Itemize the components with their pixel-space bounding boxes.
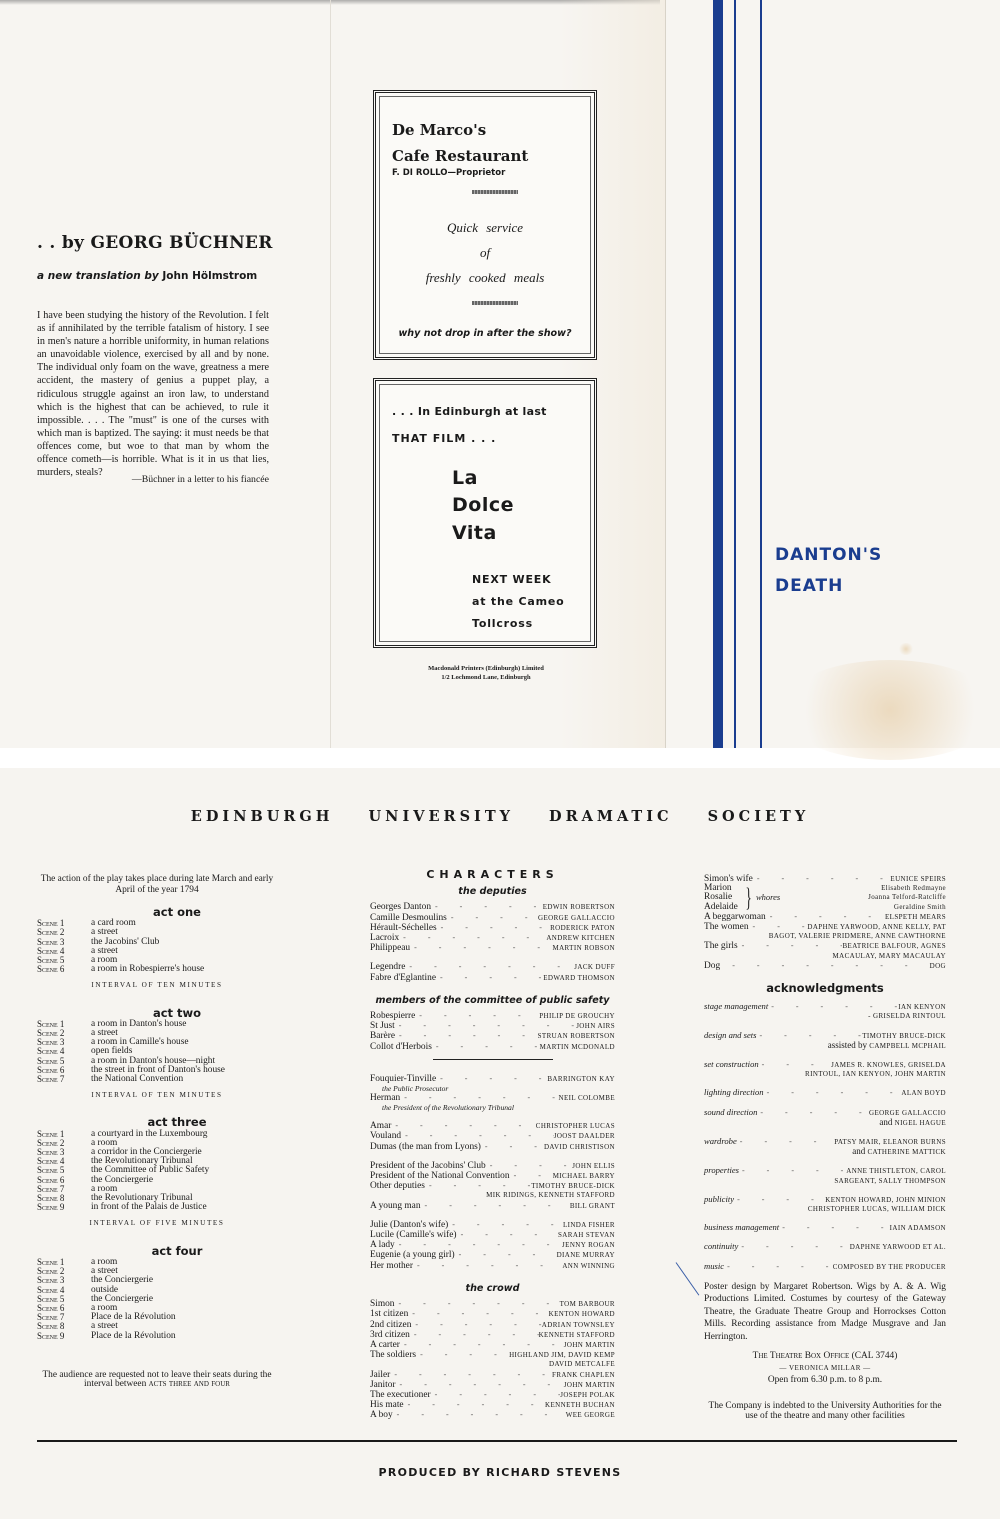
acknowledgment-row: publicity- - - - - -Kenton Howard, John … [704, 1195, 946, 1205]
cast-row: Her mother- - - - - - - -Ann Winning [370, 1261, 615, 1271]
scene-place: the Conciergerie [91, 1176, 277, 1185]
scene-place: a room [91, 1258, 277, 1267]
group-title: the crowd [370, 1284, 615, 1293]
actor-name: Struan Robertson [538, 1032, 615, 1041]
cast-row: Simon's wife - - - - - - Eunice Speirs [704, 874, 946, 884]
actor-name: Wee George [566, 1411, 615, 1420]
film-teaser-line1: . . . In Edinburgh at last [392, 405, 547, 418]
cast-row: A lady- - - - - - - -Jenny Rogan [370, 1240, 615, 1250]
ack-person: Campbell McPhail [869, 1042, 946, 1050]
acknowledgment-row: properties- - - - - -Anne Thistleton, Ca… [704, 1166, 946, 1176]
leader-dashes: - - - - - - - - [399, 933, 546, 942]
cast-row: Lucile (Camille's wife)- - - - - - - -Sa… [370, 1230, 615, 1240]
leader-dashes: - - - - - - - - [436, 973, 543, 982]
translation-credit: a new translation by John Hölmstrom [37, 270, 257, 282]
actor-name: Sarah Stevan [558, 1231, 615, 1240]
cover-title-line2: DEATH [775, 571, 882, 602]
whores-role-names: MarionRosalieAdelaide [704, 884, 742, 912]
indebted-note: The Company is indebted to the Universit… [704, 1402, 946, 1421]
actor-name: David Christison [544, 1143, 615, 1152]
role-name: The girls [704, 942, 738, 951]
acknowledgment-row: lighting direction- - - - - -Alan Boyd [704, 1088, 946, 1098]
box-office-name: The Theatre Box Office (CAL 3744) [704, 1350, 946, 1362]
cast-row: 2nd citizen- - - - - - - -Adrian Townsle… [370, 1320, 615, 1330]
acknowledgment-row: continuity- - - - - -Daphne Yarwood et a… [704, 1242, 946, 1252]
scene-row: Scene 9in front of the Palais de Justice [37, 1203, 277, 1212]
role-name: Fabre d'Eglantine [370, 974, 436, 983]
actor-name: Philip de Grouchy [539, 1012, 615, 1021]
slogan-line2: of [376, 245, 594, 261]
scene-place: a room in Robespierre's house [91, 965, 277, 974]
scene-row: Scene 1a card room [37, 919, 277, 928]
cast-row: Julie (Danton's wife)- - - - - - - -Lind… [370, 1220, 615, 1230]
role-name: Camille Desmoulins [370, 914, 447, 923]
role-name: A young man [370, 1202, 421, 1211]
leader-dashes: - - - - - - - - [404, 1400, 545, 1409]
leader-dashes: - - - - - - - - [437, 923, 550, 932]
ack-task: music [704, 1262, 724, 1271]
actor-name-continued: Macaulay, Mary Macaulay [704, 952, 946, 961]
scene-number: Scene 6 [37, 965, 91, 974]
ack-person: Nigel Hague [895, 1119, 946, 1127]
leader-dashes: - - - - - - - - [410, 943, 552, 952]
scene-row: Scene 5the Conciergerie [37, 1295, 277, 1304]
leader-dashes: - - - - - - [768, 1002, 898, 1011]
leader-dashes: - - - - - - - - [431, 1390, 561, 1399]
leader-dashes: - - - - - - - - [447, 913, 538, 922]
acknowledgment-row: set construction- - - - - -James R. Know… [704, 1060, 946, 1070]
actor-name: George Gallaccio [538, 914, 615, 923]
role-name: Other deputies [370, 1182, 425, 1191]
box-office-hours: Open from 6.30 p.m. to 8 p.m. [704, 1374, 946, 1386]
role-name: Dumas (the man from Lyons) [370, 1143, 481, 1152]
actor-name: Barrington Kay [547, 1075, 615, 1084]
scene-row: Scene 1a courtyard in the Luxembourg [37, 1130, 277, 1139]
scene-row: Scene 5the Committee of Public Safety [37, 1166, 277, 1175]
actor-name: Highland Jim, David Kemp [509, 1351, 615, 1360]
cast-and-credits-column: Simon's wife - - - - - - Eunice Speirs M… [704, 874, 946, 1421]
ack-task: sound direction [704, 1108, 757, 1117]
ack-person: Christopher Lucas, William Dick [808, 1205, 946, 1213]
interval-note: INTERVAL OF FIVE MINUTES [37, 1219, 277, 1228]
cast-row: His mate- - - - - - - -Kenneth Buchan [370, 1400, 615, 1410]
acknowledgment-item: stage management- - - - - -Ian Kenyon- G… [704, 1002, 946, 1021]
actor-name: John Airs [576, 1022, 615, 1031]
cast-row: Hérault-Séchelles- - - - - - - -Roderick… [370, 923, 615, 933]
actor-name: Jenny Rogan [562, 1241, 615, 1250]
leader-dashes: - - - - - - - - [432, 1042, 540, 1051]
leader-dashes: - - - - - - - - [436, 1074, 547, 1083]
actor-name-continued: David Metcalfe [370, 1360, 615, 1369]
leader-dashes: - - - - - - - - [405, 962, 574, 971]
scenes-column: The action of the play takes place durin… [37, 874, 277, 1390]
acknowledgments-heading: acknowledgments [704, 984, 946, 993]
leader-dashes: - - - - - - - - [410, 1330, 539, 1339]
leader-dashes: - - - - - - - - [395, 1021, 576, 1030]
scene-place: the Conciergerie [91, 1276, 277, 1285]
ack-continued: Sargeant, Sally Thompson [704, 1177, 946, 1186]
actor-name: Edward Thomson [543, 974, 615, 983]
leader-dashes: - - - - - - - - [396, 1380, 564, 1389]
actor-name: Martin Robson [552, 944, 615, 953]
leader-dashes: - - - - - - - - [421, 1201, 570, 1210]
cast-row: Other deputies- - - - - - - -Timothy Bru… [370, 1181, 615, 1191]
scene-place: a courtyard in the Luxembourg [91, 1130, 277, 1139]
ack-person: Kenton Howard, John Minion [825, 1196, 946, 1205]
leader-dashes: - - - - - - - - [766, 912, 885, 921]
acknowledgment-item: lighting direction- - - - - -Alan Boyd [704, 1088, 946, 1098]
film-when: NEXT WEEK [472, 573, 551, 586]
scene-row: Scene 9Place de la Révolution [37, 1332, 277, 1341]
ack-person: Anne Thistleton, Carol [846, 1167, 946, 1176]
spacer [370, 953, 615, 962]
ack-person: Rintoul, Ian Kenyon, John Martin [805, 1070, 946, 1078]
role-name: The women [704, 923, 749, 932]
acknowledgment-item: design and sets- - - - - -Timothy Bruce-… [704, 1031, 946, 1051]
scene-place: a street [91, 947, 277, 956]
ack-person: - Griselda Rintoul [868, 1012, 946, 1020]
scene-place: a card room [91, 919, 277, 928]
leader-dashes: - - - - - - - - [481, 1142, 544, 1151]
acknowledgment-row: sound direction- - - - - -George Gallacc… [704, 1108, 946, 1118]
leader-dashes: - - - - - - - - [486, 1161, 573, 1170]
actor-name: John Martin [564, 1341, 615, 1350]
actor-name: Diane Murray [557, 1251, 615, 1260]
role-name: Adelaide [704, 903, 742, 912]
spacer [370, 1211, 615, 1220]
water-stain [898, 643, 914, 655]
ack-continued: Christopher Lucas, William Dick [704, 1205, 946, 1214]
ack-continued: Rintoul, Ian Kenyon, John Martin [704, 1070, 946, 1079]
acknowledgment-row: business management- - - - - -Iain Adams… [704, 1223, 946, 1233]
role-name: Robespierre [370, 1012, 415, 1021]
translation-prefix: a new translation by [37, 270, 162, 282]
ack-person: Alan Boyd [901, 1089, 946, 1098]
scene-row: Scene 7Place de la Révolution [37, 1313, 277, 1322]
act-title: act three [37, 1118, 277, 1127]
role-name: Herman [370, 1094, 400, 1103]
restaurant-name-line1: De Marco's [392, 117, 528, 143]
box-office-contact: — VERONICA MILLAR — [704, 1362, 946, 1374]
ack-task: lighting direction [704, 1088, 764, 1097]
scene-place: the National Convention [91, 1075, 277, 1084]
ack-task: publicity [704, 1195, 734, 1204]
scene-row: Scene 3the Jacobins' Club [37, 938, 277, 947]
leader-dashes: - - - - - - - - [413, 1261, 562, 1270]
cast-row: 3rd citizen- - - - - - - -Kenneth Staffo… [370, 1330, 615, 1340]
cast-row: A young man- - - - - - - -Bill Grant [370, 1201, 615, 1211]
cast-row: Fabre d'Eglantine- - - - - - - -Edward T… [370, 973, 615, 983]
role-name: Legendre [370, 963, 405, 972]
scene-place: the Conciergerie [91, 1295, 277, 1304]
role-name: Barère [370, 1032, 395, 1041]
actor-name: Elisabeth Redmayne [796, 884, 946, 893]
acknowledgment-item: continuity- - - - - -Daphne Yarwood et a… [704, 1242, 946, 1252]
actor-name: Timothy Bruce-Dick [531, 1182, 615, 1191]
actor-name: Kenneth Buchan [545, 1401, 615, 1410]
actor-name: Daphne Yarwood, Anne Kelly, Pat [807, 923, 946, 932]
slogan-line3: freshly cooked meals [376, 270, 594, 286]
cast-row: Herman- - - - - - - -Neil Colombe [370, 1093, 615, 1103]
cast-row: The girls- - - - - - - -Beatrice Balfour… [704, 941, 946, 951]
acknowledgments-list: stage management- - - - - -Ian Kenyon- G… [704, 1002, 946, 1272]
quote-attribution: —Büchner in a letter to his fiancée [37, 474, 269, 485]
decorative-rule [472, 301, 518, 305]
film-place: Tollcross [472, 617, 533, 630]
role-name: Dog [704, 962, 720, 971]
leader-dashes: - - - - - - [739, 1166, 846, 1175]
cover-stripe-thin [734, 0, 736, 748]
leader-dashes: - - - - - - [757, 1108, 869, 1117]
cast-row: A carter- - - - - - - -John Martin [370, 1340, 615, 1350]
acknowledgment-item: sound direction- - - - - -George Gallacc… [704, 1108, 946, 1128]
role-name: St Just [370, 1022, 395, 1031]
cast-row: A boy- - - - - - - -Wee George [370, 1410, 615, 1420]
ack-person: Timothy Bruce-Dick [862, 1032, 946, 1041]
cast-row: Camille Desmoulins- - - - - - - -George … [370, 913, 615, 923]
cast-row: Dumas (the man from Lyons)- - - - - - - … [370, 1142, 615, 1152]
leader-dashes: - - - - - - [724, 1262, 833, 1271]
cast-row: Georges Danton- - - - - - - -Edwin Rober… [370, 902, 615, 912]
role-name: Janitor [370, 1381, 396, 1390]
programme-outer-sheet: . . by GEORG BÜCHNER a new translation b… [0, 0, 1000, 748]
actor-name: Ann Winning [562, 1262, 615, 1271]
actor-name: Jack Duff [574, 963, 615, 972]
act-title: act one [37, 908, 277, 917]
role-description: the Public Prosecutor [370, 1084, 615, 1093]
cast-row: A beggarwoman- - - - - - - -Elspeth Mear… [704, 912, 946, 922]
act-title: act four [37, 1247, 277, 1256]
ack-task: properties [704, 1166, 739, 1175]
role-name: Eugenie (a young girl) [370, 1251, 455, 1260]
ack-task: business management [704, 1223, 779, 1232]
leader-dashes: - - - - - - - - [390, 1370, 552, 1379]
cast-row: Fouquier-Tinville- - - - - - - -Barringt… [370, 1074, 615, 1084]
ack-continued: - Griselda Rintoul [704, 1012, 946, 1021]
cast-row: The soldiers- - - - - - - -Highland Jim,… [370, 1350, 615, 1360]
whores-group: MarionRosalieAdelaide } whores Elisabeth… [704, 884, 946, 912]
role-name: President of the Jacobins' Club [370, 1162, 486, 1171]
water-stain [780, 660, 1000, 760]
audience-note: The audience are requested not to leave … [37, 1371, 277, 1390]
actor-name: Dog [930, 962, 946, 971]
cover-title-line1: DANTON'S [775, 540, 882, 571]
leader-dashes: - - - - - - - - [411, 1320, 541, 1329]
ack-prefix: and [852, 1146, 867, 1156]
brace-icon: } [746, 884, 753, 912]
setting-note: The action of the play takes place durin… [37, 874, 277, 895]
leader-dashes: - - - - - - [753, 874, 891, 883]
actor-name: Joost Daalder [554, 1132, 615, 1141]
leader-dashes: - - - - - - - - [416, 1350, 509, 1359]
cast-row: St Just- - - - - - - -John Airs [370, 1021, 615, 1031]
role-name: Georges Danton [370, 903, 431, 912]
leader-dashes: - - - - - - - - [408, 1309, 548, 1318]
film-venue: at the Cameo [472, 595, 564, 608]
cast-row: Philippeau- - - - - - - -Martin Robson [370, 943, 615, 953]
scene-number: Scene 7 [37, 1075, 91, 1084]
credits-paragraph: Poster design by Margaret Robertson. Wig… [704, 1281, 946, 1343]
whores-actor-names: Elisabeth RedmayneJoanna Telford-Ratclif… [796, 884, 946, 912]
role-name: Philippeau [370, 944, 410, 953]
ack-prefix: and [879, 1117, 894, 1127]
role-name: Collot d'Herbois [370, 1043, 432, 1052]
scene-row: Scene 3the Conciergerie [37, 1276, 277, 1285]
actor-name: Edwin Robertson [543, 903, 615, 912]
audience-note-acts: acts three and four [149, 1379, 230, 1389]
leader-dashes: - - - - - - - - [395, 1031, 538, 1040]
ack-continued: and Catherine Mattick [704, 1147, 946, 1157]
ack-person: Iain Adamson [890, 1224, 946, 1233]
characters-heading: CHARACTERS [370, 870, 615, 879]
leader-dashes: - - - - - - - - [395, 1240, 562, 1249]
role-name: Lacroix [370, 934, 399, 943]
leader-dashes: - - - - - - [759, 1060, 832, 1069]
ack-continued: assisted by Campbell McPhail [704, 1041, 946, 1051]
role-name: Jailer [370, 1371, 390, 1380]
role-name: Fouquier-Tinville [370, 1075, 436, 1084]
role-description: the President of the Revolutionary Tribu… [370, 1103, 615, 1112]
actor-name: Elspeth Mears [885, 913, 946, 922]
actor-name: John Martin [564, 1381, 615, 1390]
ack-person: Ian Kenyon [898, 1003, 946, 1012]
ack-person: composed by The Producer [833, 1263, 946, 1272]
actor-name: Andrew Kitchen [546, 934, 615, 943]
acknowledgment-item: wardrobe- - - - - -Patsy Mair, Eleanor B… [704, 1137, 946, 1157]
restaurant-advert: De Marco's Cafe Restaurant F. DI ROLLO—P… [373, 90, 597, 360]
actor-name-continued: Mik Ridings, Kenneth Stafford [370, 1191, 615, 1200]
role-name: 2nd citizen [370, 1321, 411, 1330]
box-office: The Theatre Box Office (CAL 3744) — VERO… [704, 1350, 946, 1386]
cast-row: Barère- - - - - - - -Struan Robertson [370, 1031, 615, 1041]
scene-number: Scene 9 [37, 1332, 91, 1341]
role-name: Her mother [370, 1262, 413, 1271]
scene-place: the Jacobins' Club [91, 938, 277, 947]
scene-row: Scene 7the National Convention [37, 1075, 277, 1084]
bottom-divider [37, 1440, 957, 1442]
ack-task: continuity [704, 1242, 738, 1251]
buchner-quote: I have been studying the history of the … [37, 309, 269, 479]
acknowledgment-item: business management- - - - - -Iain Adams… [704, 1223, 946, 1233]
scene-row: Scene 3a room in Camille's house [37, 1038, 277, 1047]
scene-row: Scene 2a street [37, 1267, 277, 1276]
cast-row: The executioner- - - - - - - -Joseph Pol… [370, 1390, 615, 1400]
actor-name: Neil Colombe [559, 1094, 615, 1103]
leader-dashes: - - - - - - - - [395, 1299, 560, 1308]
cast-row: President of the Jacobins' Club- - - - -… [370, 1161, 615, 1171]
actor-name: John Ellis [572, 1162, 615, 1171]
section-rule [433, 1059, 553, 1060]
cast-row: Amar- - - - - - - -Christopher Lucas [370, 1121, 615, 1131]
cast-row: Janitor- - - - - - - -John Martin [370, 1380, 615, 1390]
actor-name: Michael Barry [553, 1172, 615, 1181]
leader-dashes: - - - - - - [737, 1137, 834, 1146]
role-name: His mate [370, 1401, 404, 1410]
ack-task: stage management [704, 1002, 768, 1011]
cast-row: Lacroix- - - - - - - -Andrew Kitchen [370, 933, 615, 943]
acknowledgment-item: music- - - - - -composed by The Producer [704, 1262, 946, 1272]
scene-row: Scene 6a room in Robespierre's house [37, 965, 277, 974]
restaurant-proprietor: F. DI ROLLO—Proprietor [392, 168, 505, 178]
spacer [370, 983, 615, 992]
ack-task: design and sets [704, 1031, 757, 1040]
role-name: A carter [370, 1341, 400, 1350]
actor-name: Joseph Polak [560, 1391, 615, 1400]
leader-dashes: - - - - - - [779, 1223, 889, 1232]
cover-stripe-thin [760, 0, 762, 748]
scene-row: Scene 6the Conciergerie [37, 1176, 277, 1185]
ack-person: Sargeant, Sally Thompson [834, 1177, 946, 1185]
actor-name: Adrian Townsley [542, 1321, 615, 1330]
ack-person: James R. Knowles, Griselda [831, 1061, 946, 1070]
scene-place: in front of the Palais de Justice [91, 1203, 277, 1212]
acknowledgment-row: stage management- - - - - -Ian Kenyon [704, 1002, 946, 1012]
whores-label: whores [756, 884, 796, 912]
leader-dashes: - - - - - - - - [510, 1171, 553, 1180]
decorative-rule [472, 190, 518, 194]
role-name: The soldiers [370, 1351, 416, 1360]
leader-dashes: - - - - - - - - [400, 1093, 558, 1102]
role-name: A beggarwoman [704, 913, 766, 922]
film-title-line3: Vita [452, 522, 497, 544]
actor-name: Kenton Howard [549, 1310, 615, 1319]
spacer [370, 1271, 615, 1280]
printer-name: Macdonald Printers (Edinburgh) Limited [380, 665, 592, 672]
leader-dashes: - - - - - - - - [431, 902, 543, 911]
cast-row: Simon- - - - - - - -Tom Barbour [370, 1299, 615, 1309]
role-name: 3rd citizen [370, 1331, 410, 1340]
cast-row: Jailer- - - - - - - -Frank Chaplen [370, 1370, 615, 1380]
cast-row: Collot d'Herbois- - - - - - - -Martin Mc… [370, 1042, 615, 1052]
role-name: Julie (Danton's wife) [370, 1221, 448, 1230]
restaurant-name-line2: Cafe Restaurant [392, 143, 528, 169]
acknowledgment-item: properties- - - - - -Anne Thistleton, Ca… [704, 1166, 946, 1185]
leader-dashes: - - - - - - [734, 1195, 825, 1204]
acknowledgment-row: wardrobe- - - - - -Patsy Mair, Eleanor B… [704, 1137, 946, 1147]
cast-row: Dog- - - - - - - -Dog [704, 961, 946, 971]
translator-name: John Hölmstrom [162, 270, 257, 282]
cast-row: The women- - - - - - - -Daphne Yarwood, … [704, 922, 946, 932]
leader-dashes: - - - - - - - - [400, 1340, 564, 1349]
acknowledgment-item: set construction- - - - - -James R. Know… [704, 1060, 946, 1079]
leader-dashes: - - - - - - - - [720, 961, 929, 970]
actor-name: Linda Fisher [563, 1221, 615, 1230]
cast-rows: A beggarwoman- - - - - - - -Elspeth Mear… [704, 912, 946, 971]
scene-row: Scene 4outside [37, 1286, 277, 1295]
acknowledgment-row: music- - - - - -composed by The Producer [704, 1262, 946, 1272]
ack-continued: and Nigel Hague [704, 1118, 946, 1128]
actor-name: Martin McDonald [540, 1043, 615, 1052]
act-title: act two [37, 1009, 277, 1018]
ack-prefix: assisted by [828, 1040, 870, 1050]
fold-line [665, 0, 666, 748]
actor-name: Frank Chaplen [552, 1371, 615, 1380]
role-name: Simon [370, 1300, 395, 1309]
restaurant-call-to-action: why not drop in after the show? [376, 328, 594, 339]
actor-name: Beatrice Balfour, Agnes [842, 942, 946, 951]
film-teaser-line2: THAT FILM . . . [392, 432, 496, 445]
role-name: Hérault-Séchelles [370, 924, 437, 933]
ack-person: Catherine Mattick [867, 1148, 946, 1156]
leader-dashes: - - - - - - - - [393, 1410, 566, 1419]
interval-note: INTERVAL OF TEN MINUTES [37, 1091, 277, 1100]
role-name: The executioner [370, 1391, 431, 1400]
characters-column: CHARACTERS the deputiesGeorges Danton- -… [370, 870, 615, 1421]
society-heading: EDINBURGH UNIVERSITY DRAMATIC SOCIETY [0, 808, 1000, 825]
group-title: members of the committee of public safet… [370, 996, 615, 1005]
scene-row: Scene 1a room [37, 1258, 277, 1267]
actor-name: Kenneth Stafford [539, 1331, 615, 1340]
